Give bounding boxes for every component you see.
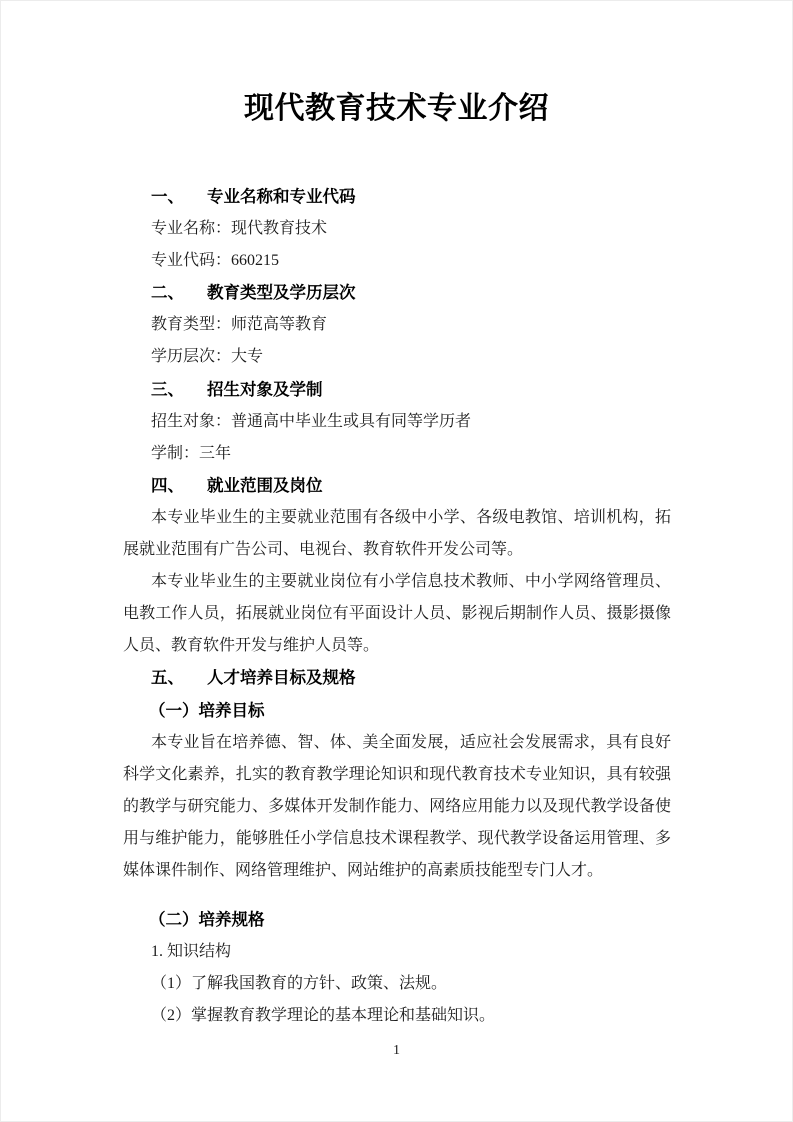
body-paragraph: 本专业毕业生的主要就业范围有各级中小学、各级电教馆、培训机构，拓展就业范围有广告… [123,502,671,566]
heading-number: 一、 [151,181,207,213]
sub-heading: （二）培养规格 [123,904,671,936]
section-heading: 一、专业名称和专业代码 [123,181,671,213]
heading-text: 专业名称和专业代码 [207,188,356,206]
field-text: 专业代码：660215 [123,245,671,277]
heading-number: 四、 [151,470,207,502]
field-text: 招生对象：普通高中毕业生或具有同等学历者 [123,406,671,438]
list-header: 1. 知识结构 [123,936,671,968]
item-number: （1） [151,968,191,1000]
item-number: （2） [151,1000,191,1032]
sub-heading: （一）培养目标 [123,695,671,727]
field-text: 学历层次：大专 [123,341,671,373]
body-paragraph: 本专业毕业生的主要就业岗位有小学信息技术教师、中小学网络管理员、电教工作人员，拓… [123,566,671,662]
item-text: 了解我国教育的方针、政策、法规。 [191,975,447,992]
page-number: 1 [1,1042,792,1060]
heading-text: 就业范围及岗位 [207,477,323,495]
document-page: 现代教育技术专业介绍 一、专业名称和专业代码专业名称：现代教育技术专业代码：66… [0,0,793,1122]
section-heading: 四、就业范围及岗位 [123,470,671,502]
field-text: 学制：三年 [123,438,671,470]
heading-number: 二、 [151,277,207,309]
heading-number: 三、 [151,374,207,406]
section-heading: 二、教育类型及学历层次 [123,277,671,309]
field-text: 教育类型：师范高等教育 [123,309,671,341]
item-text: 掌握教育教学理论的基本理论和基础知识。 [191,1007,495,1024]
numbered-item: （2）掌握教育教学理论的基本理论和基础知识。 [123,1000,671,1032]
heading-text: 人才培养目标及规格 [207,669,356,687]
numbered-item: （1）了解我国教育的方针、政策、法规。 [123,968,671,1000]
heading-number: 五、 [151,662,207,694]
heading-text: 教育类型及学历层次 [207,284,356,302]
section-heading: 三、招生对象及学制 [123,374,671,406]
document-body: 一、专业名称和专业代码专业名称：现代教育技术专业代码：660215二、教育类型及… [123,181,671,1032]
section-heading: 五、人才培养目标及规格 [123,662,671,694]
body-paragraph: 本专业旨在培养德、智、体、美全面发展，适应社会发展需求，具有良好科学文化素养，扎… [123,727,671,887]
page-title: 现代教育技术专业介绍 [1,88,792,130]
field-text: 专业名称：现代教育技术 [123,213,671,245]
heading-text: 招生对象及学制 [207,381,323,399]
